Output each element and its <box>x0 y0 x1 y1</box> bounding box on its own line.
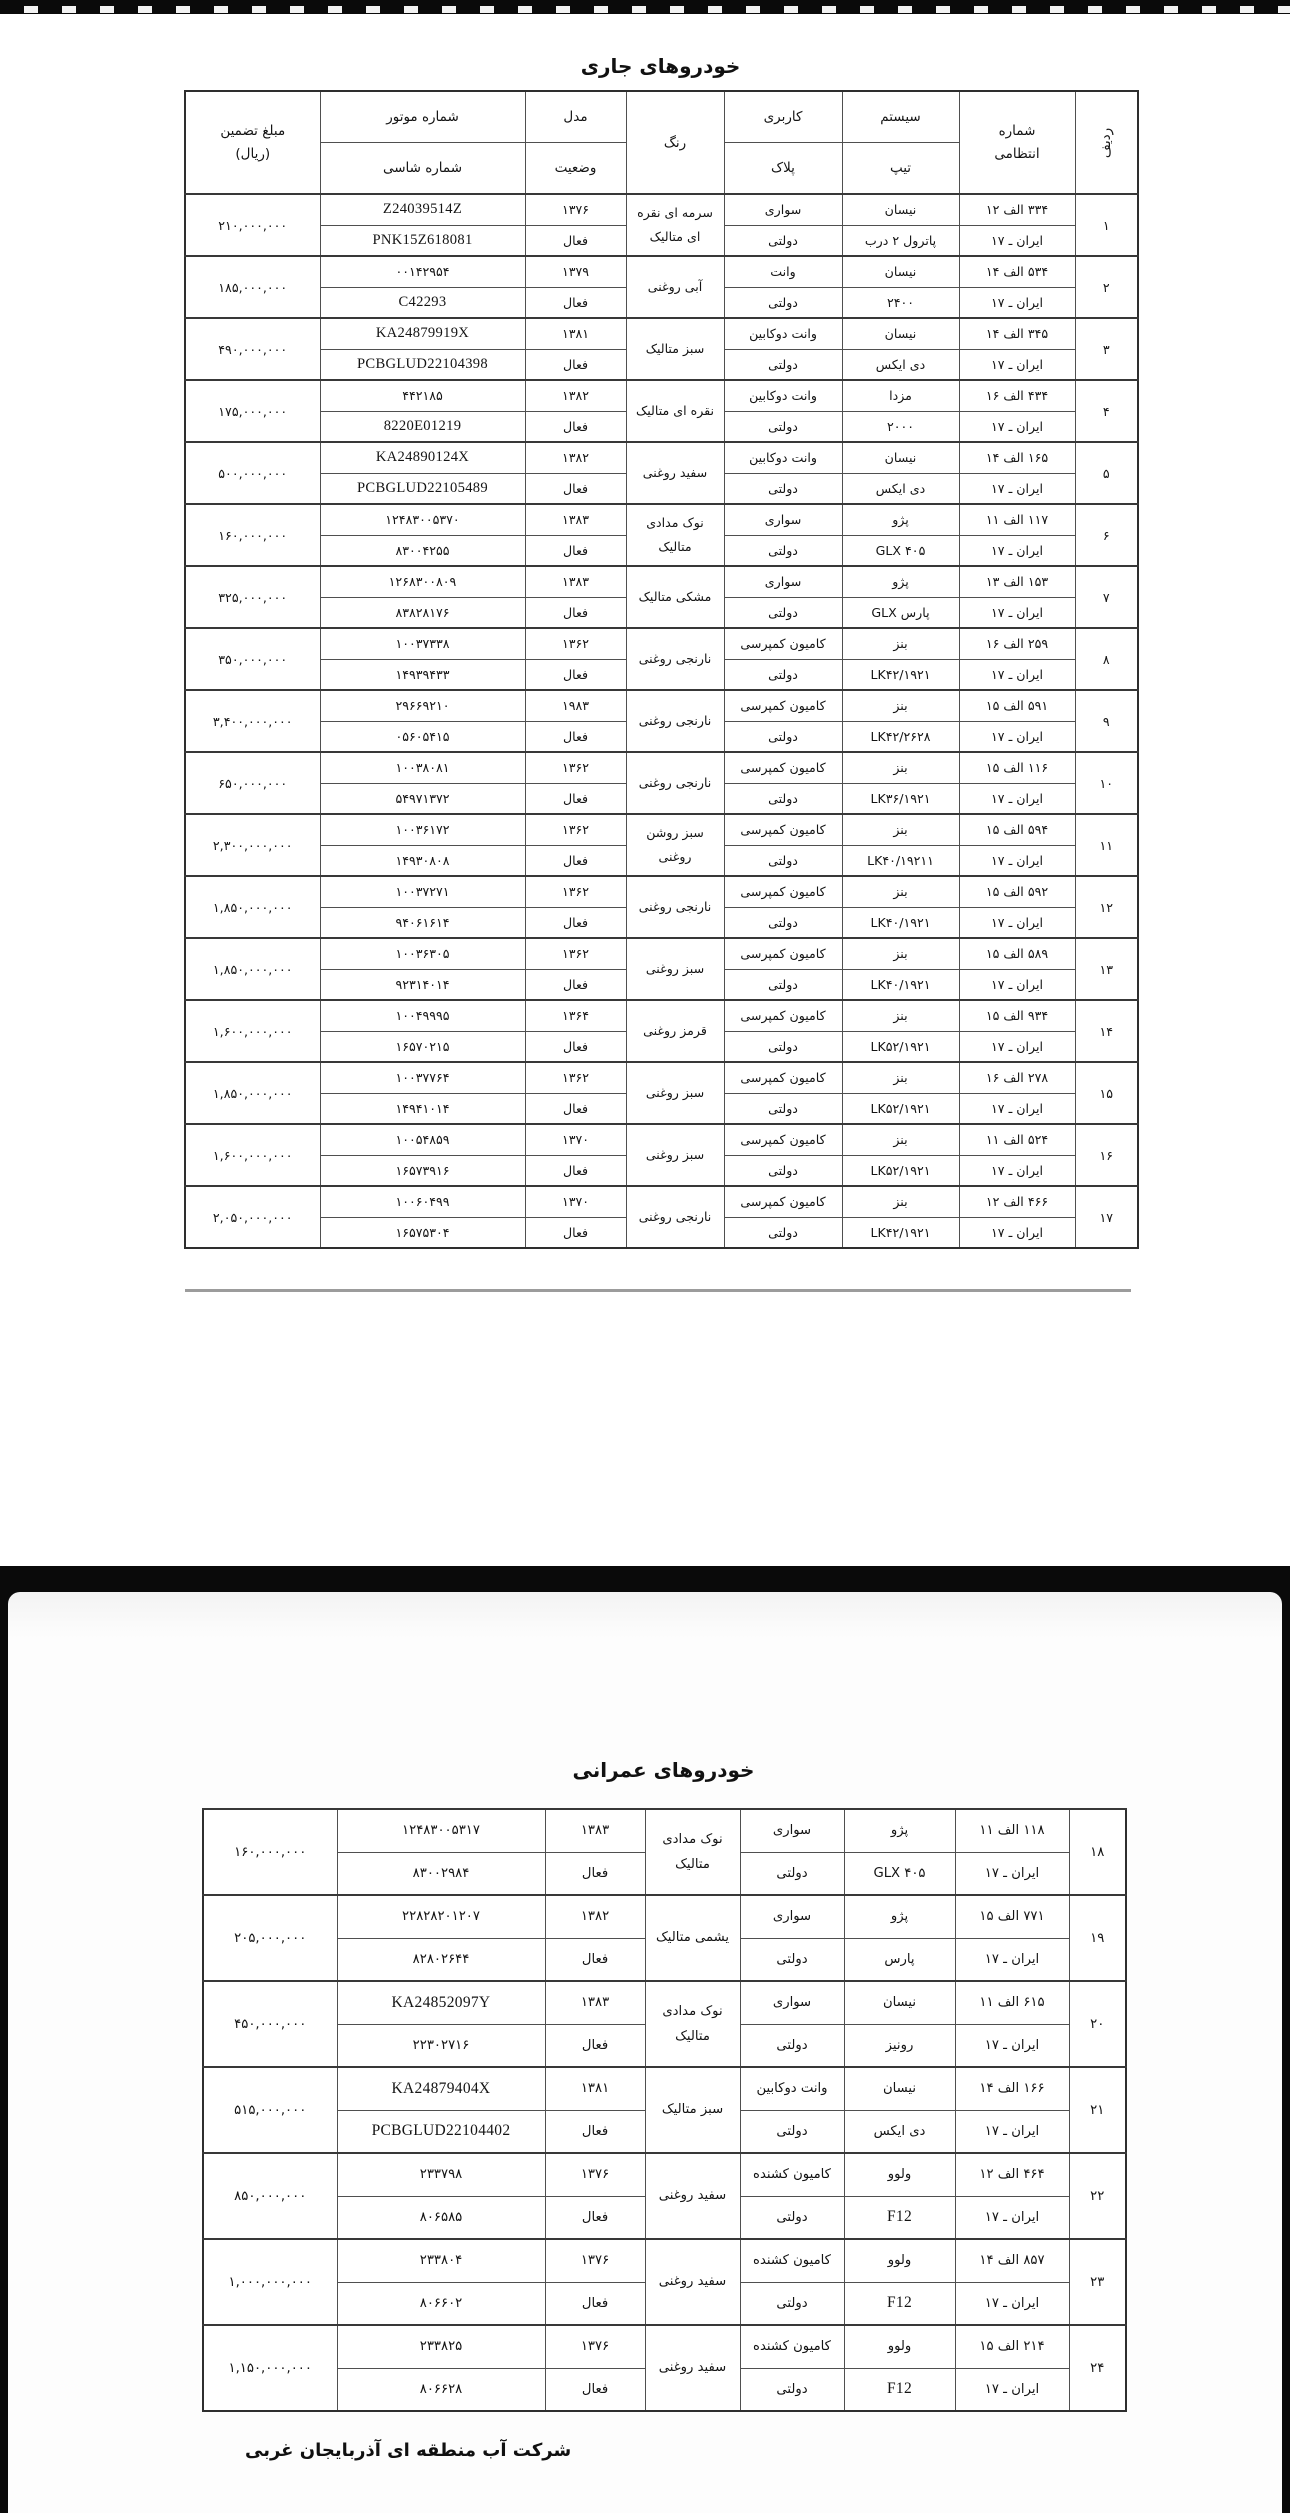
cell-system: بنز <box>842 876 959 907</box>
cell-type: LK۴۰/۱۹۲۱ <box>842 907 959 938</box>
page-title-current-vehicles: خودروهای جاری <box>184 54 1137 78</box>
cell-plate-kind: دولتی <box>724 1155 842 1186</box>
vehicle-row: ۱۵۲۷۸ الف ۱۶بنزکامیون کمپرسیسبز روغنی۱۳۶… <box>185 1062 1138 1093</box>
cell-plate-region: ایران ـ ۱۷ <box>959 969 1075 1000</box>
vehicle-row: ۱۶۵۲۴ الف ۱۱بنزکامیون کمپرسیسبز روغنی۱۳۷… <box>185 1124 1138 1155</box>
vehicle-row: ۲۳۸۵۷ الف ۱۴ولووکامیون کشندهسفید روغنی۱۳… <box>203 2239 1126 2282</box>
cell-status: فعال <box>545 2282 645 2325</box>
cell-guarantee-amount: ۱,۶۰۰,۰۰۰,۰۰۰ <box>185 1124 320 1186</box>
cell-status: فعال <box>525 721 626 752</box>
cell-row-number: ۱۸ <box>1069 1809 1126 1895</box>
header-model: مدل <box>525 91 626 143</box>
cell-chassis-number: ۸۳۸۲۸۱۷۶ <box>320 597 525 628</box>
vehicle-row: ۱۲۵۹۲ الف ۱۵بنزکامیون کمپرسینارنجی روغنی… <box>185 876 1138 907</box>
header-registration-number: شماره انتظامی <box>959 91 1075 194</box>
cell-usage: وانت دوکابین <box>724 318 842 349</box>
cell-usage: کامیون کمپرسی <box>724 628 842 659</box>
cell-engine-number: ۰۰۱۴۲۹۵۴ <box>320 256 525 287</box>
cell-model-year: ۱۳۷۶ <box>545 2239 645 2282</box>
cell-chassis-number: ۹۴۰۶۱۶۱۴ <box>320 907 525 938</box>
cell-engine-number: ۲۳۳۸۲۵ <box>337 2325 545 2368</box>
cell-system: بنز <box>842 938 959 969</box>
cell-usage: سواری <box>724 566 842 597</box>
cell-system: ولوو <box>844 2153 955 2196</box>
cell-color: سفید روغنی <box>645 2325 740 2411</box>
cell-plate-region: ایران ـ ۱۷ <box>959 907 1075 938</box>
cell-model-year: ۱۳۶۲ <box>525 938 626 969</box>
cell-engine-number: ۲۳۳۸۰۴ <box>337 2239 545 2282</box>
cell-engine-number: ۱۲۴۸۳۰۰۵۳۷۰ <box>320 504 525 535</box>
cell-color: نوک مدادی متالیک <box>645 1981 740 2067</box>
cell-system: بنز <box>842 628 959 659</box>
cell-engine-number: ۱۰۰۳۸۰۸۱ <box>320 752 525 783</box>
header-status: وضعیت <box>525 143 626 195</box>
cell-model-year: ۱۳۶۲ <box>525 876 626 907</box>
current-vehicles-rows: ۱۳۳۴ الف ۱۲نیسانسواریسرمه ای نقره ای متا… <box>185 194 1138 1248</box>
cell-row-number: ۱۳ <box>1075 938 1138 1000</box>
cell-guarantee-amount: ۵۰۰,۰۰۰,۰۰۰ <box>185 442 320 504</box>
cell-type: LK۳۶/۱۹۲۱ <box>842 783 959 814</box>
vehicle-row: ۳۳۴۵ الف ۱۴نیسانوانت دوکابینسبز متالیک۱۳… <box>185 318 1138 349</box>
cell-usage: وانت دوکابین <box>740 2067 844 2110</box>
cell-system: نیسان <box>844 2067 955 2110</box>
cell-plate-region: ایران ـ ۱۷ <box>955 1852 1069 1895</box>
cell-model-year: ۱۳۸۳ <box>525 566 626 597</box>
cell-engine-number: ۱۰۰۳۷۲۷۱ <box>320 876 525 907</box>
vehicle-row: ۴۴۳۴ الف ۱۶مزداوانت دوکابیننقره ای متالی… <box>185 380 1138 411</box>
cell-status: فعال <box>525 597 626 628</box>
cell-color: مشکی متالیک <box>626 566 724 628</box>
cell-plate-serial: ۵۸۹ الف ۱۵ <box>959 938 1075 969</box>
cell-chassis-number: ۵۴۹۷۱۳۷۲ <box>320 783 525 814</box>
cell-plate-serial: ۲۷۸ الف ۱۶ <box>959 1062 1075 1093</box>
cell-color: سبز متالیک <box>626 318 724 380</box>
cell-status: فعال <box>545 2368 645 2411</box>
cell-status: فعال <box>545 2110 645 2153</box>
cell-engine-number: ۲۳۳۷۹۸ <box>337 2153 545 2196</box>
cell-type: ۲۰۰۰ <box>842 411 959 442</box>
cell-plate-region: ایران ـ ۱۷ <box>955 2196 1069 2239</box>
cell-plate-kind: دولتی <box>724 473 842 504</box>
cell-chassis-number: ۰۵۶۰۵۴۱۵ <box>320 721 525 752</box>
cell-engine-number: ۱۰۰۳۶۱۷۲ <box>320 814 525 845</box>
vehicle-row: ۱۳۵۸۹ الف ۱۵بنزکامیون کمپرسیسبز روغنی۱۳۶… <box>185 938 1138 969</box>
cell-usage: وانت دوکابین <box>724 380 842 411</box>
cell-engine-number: ۱۲۴۸۳۰۰۵۳۱۷ <box>337 1809 545 1852</box>
cell-chassis-number: ۲۲۳۰۲۷۱۶ <box>337 2024 545 2067</box>
cell-model-year: ۱۳۸۳ <box>525 504 626 535</box>
cell-plate-kind: دولتی <box>740 2282 844 2325</box>
cell-usage: کامیون کشنده <box>740 2239 844 2282</box>
cell-guarantee-amount: ۲,۰۵۰,۰۰۰,۰۰۰ <box>185 1186 320 1248</box>
cell-plate-region: ایران ـ ۱۷ <box>959 473 1075 504</box>
cell-chassis-number: ۸۳۰۰۴۲۵۵ <box>320 535 525 566</box>
cell-guarantee-amount: ۲,۳۰۰,۰۰۰,۰۰۰ <box>185 814 320 876</box>
cell-model-year: ۱۳۸۲ <box>525 442 626 473</box>
document-page-2: خودروهای عمرانی ۱۸۱۱۸ الف ۱۱پژوسوارینوک … <box>8 1592 1282 2513</box>
cell-row-number: ۱۲ <box>1075 876 1138 938</box>
cell-chassis-number: ۸۰۶۶۰۲ <box>337 2282 545 2325</box>
cell-guarantee-amount: ۳۲۵,۰۰۰,۰۰۰ <box>185 566 320 628</box>
cell-plate-kind: دولتی <box>724 287 842 318</box>
cell-engine-number: KA24890124X <box>320 442 525 473</box>
cell-system: پژو <box>842 566 959 597</box>
cell-color: سرمه ای نقره ای متالیک <box>626 194 724 256</box>
cell-plate-serial: ۵۳۴ الف ۱۴ <box>959 256 1075 287</box>
cell-model-year: ۱۳۷۹ <box>525 256 626 287</box>
cell-plate-region: ایران ـ ۱۷ <box>959 1155 1075 1186</box>
cell-system: نیسان <box>844 1981 955 2024</box>
cell-type: ۲۴۰۰ <box>842 287 959 318</box>
cell-chassis-number: ۱۴۹۳۹۴۳۳ <box>320 659 525 690</box>
cell-status: فعال <box>525 907 626 938</box>
cell-plate-kind: دولتی <box>740 1938 844 1981</box>
cell-plate-region: ایران ـ ۱۷ <box>955 2368 1069 2411</box>
cell-type: پاترول ۲ درب <box>842 225 959 256</box>
cell-system: نیسان <box>842 194 959 225</box>
cell-type: دی ایکس <box>842 473 959 504</box>
cell-plate-kind: دولتی <box>724 225 842 256</box>
cell-usage: کامیون کمپرسی <box>724 876 842 907</box>
cell-status: فعال <box>545 1938 645 1981</box>
cell-guarantee-amount: ۵۱۵,۰۰۰,۰۰۰ <box>203 2067 337 2153</box>
cell-model-year: ۱۳۸۳ <box>545 1809 645 1852</box>
cell-status: فعال <box>525 535 626 566</box>
cell-model-year: ۱۳۶۲ <box>525 1062 626 1093</box>
cell-system: بنز <box>842 1000 959 1031</box>
cell-plate-region: ایران ـ ۱۷ <box>959 225 1075 256</box>
cell-status: فعال <box>545 2024 645 2067</box>
cell-guarantee-amount: ۲۱۰,۰۰۰,۰۰۰ <box>185 194 320 256</box>
cell-engine-number: ۱۰۰۳۷۳۳۸ <box>320 628 525 659</box>
cell-system: بنز <box>842 1124 959 1155</box>
cell-usage: وانت <box>724 256 842 287</box>
cell-type: LK۴۰/۱۹۲۱ <box>842 969 959 1000</box>
cell-usage: کامیون کمپرسی <box>724 938 842 969</box>
cell-guarantee-amount: ۴۵۰,۰۰۰,۰۰۰ <box>203 1981 337 2067</box>
vehicle-row: ۲۱۱۶۶ الف ۱۴نیسانوانت دوکابینسبز متالیک۱… <box>203 2067 1126 2110</box>
cell-plate-kind: دولتی <box>724 907 842 938</box>
vehicle-row: ۲۴۲۱۴ الف ۱۵ولووکامیون کشندهسفید روغنی۱۳… <box>203 2325 1126 2368</box>
cell-usage: کامیون کمپرسی <box>724 1000 842 1031</box>
cell-usage: کامیون کمپرسی <box>724 1124 842 1155</box>
cell-chassis-number: ۸۲۸۰۲۶۴۴ <box>337 1938 545 1981</box>
cell-model-year: ۱۳۷۶ <box>545 2153 645 2196</box>
cell-guarantee-amount: ۶۵۰,۰۰۰,۰۰۰ <box>185 752 320 814</box>
cell-plate-region: ایران ـ ۱۷ <box>959 1217 1075 1248</box>
cell-chassis-number: PNK15Z618081 <box>320 225 525 256</box>
page-edge-notches <box>0 6 1290 13</box>
cell-plate-region: ایران ـ ۱۷ <box>959 411 1075 442</box>
cell-plate-serial: ۸۵۷ الف ۱۴ <box>955 2239 1069 2282</box>
cell-usage: سواری <box>740 1981 844 2024</box>
header-system: سیستم <box>842 91 959 143</box>
cell-model-year: ۱۳۷۶ <box>545 2325 645 2368</box>
cell-plate-region: ایران ـ ۱۷ <box>959 783 1075 814</box>
cell-row-number: ۱ <box>1075 194 1138 256</box>
cell-usage: کامیون کمپرسی <box>724 1186 842 1217</box>
cell-engine-number: KA24879404X <box>337 2067 545 2110</box>
cell-guarantee-amount: ۳۵۰,۰۰۰,۰۰۰ <box>185 628 320 690</box>
cell-type: GLX ۴۰۵ <box>842 535 959 566</box>
cell-chassis-number: 8220E01219 <box>320 411 525 442</box>
cell-row-number: ۲۳ <box>1069 2239 1126 2325</box>
cell-type: LK۴۲/۲۶۲۸ <box>842 721 959 752</box>
vehicle-row: ۱۷۴۶۶ الف ۱۲بنزکامیون کمپرسینارنجی روغنی… <box>185 1186 1138 1217</box>
cell-guarantee-amount: ۱,۸۵۰,۰۰۰,۰۰۰ <box>185 876 320 938</box>
cell-plate-serial: ۵۲۴ الف ۱۱ <box>959 1124 1075 1155</box>
cell-row-number: ۲۲ <box>1069 2153 1126 2239</box>
header-chassis-number: شماره شاسی <box>320 143 525 195</box>
cell-model-year: ۱۳۶۴ <box>525 1000 626 1031</box>
header-color: رنگ <box>626 91 724 194</box>
cell-plate-region: ایران ـ ۱۷ <box>959 349 1075 380</box>
cell-status: فعال <box>525 287 626 318</box>
cell-row-number: ۵ <box>1075 442 1138 504</box>
cell-usage: سواری <box>724 504 842 535</box>
cell-color: نارنجی روغنی <box>626 752 724 814</box>
cell-engine-number: ۱۰۰۵۴۸۵۹ <box>320 1124 525 1155</box>
header-guarantee-amount: مبلغ تضمین (ریال) <box>185 91 320 194</box>
cell-plate-region: ایران ـ ۱۷ <box>959 287 1075 318</box>
cell-plate-kind: دولتی <box>724 845 842 876</box>
vehicle-row: ۲۵۳۴ الف ۱۴نیسانوانتآبی روغنی۱۳۷۹۰۰۱۴۲۹۵… <box>185 256 1138 287</box>
construction-vehicles-rows: ۱۸۱۱۸ الف ۱۱پژوسوارینوک مدادی متالیک۱۳۸۳… <box>203 1809 1126 2411</box>
header-row-number: ردیف <box>1075 91 1138 194</box>
cell-status: فعال <box>525 1093 626 1124</box>
cell-row-number: ۱۵ <box>1075 1062 1138 1124</box>
cell-plate-kind: دولتی <box>724 659 842 690</box>
cell-plate-region: ایران ـ ۱۷ <box>955 2282 1069 2325</box>
company-name-footer: شرکت آب منطقه ای آذربایجان غربی <box>245 2440 571 2461</box>
cell-type: دی ایکس <box>842 349 959 380</box>
cell-chassis-number: PCBGLUD22105489 <box>320 473 525 504</box>
cell-guarantee-amount: ۱۷۵,۰۰۰,۰۰۰ <box>185 380 320 442</box>
cell-row-number: ۹ <box>1075 690 1138 752</box>
cell-type: LK۵۲/۱۹۲۱ <box>842 1155 959 1186</box>
cell-plate-kind: دولتی <box>724 783 842 814</box>
cell-plate-kind: دولتی <box>724 597 842 628</box>
cell-system: نیسان <box>842 318 959 349</box>
vehicle-row: ۱۰۱۱۶ الف ۱۵بنزکامیون کمپرسینارنجی روغنی… <box>185 752 1138 783</box>
cell-row-number: ۳ <box>1075 318 1138 380</box>
header-plate-kind: پلاک <box>724 143 842 195</box>
cell-plate-serial: ۲۱۴ الف ۱۵ <box>955 2325 1069 2368</box>
vehicle-row: ۵۱۶۵ الف ۱۴نیسانوانت دوکابینسفید روغنی۱۳… <box>185 442 1138 473</box>
cell-color: سبز روشن روغنی <box>626 814 724 876</box>
cell-system: ولوو <box>844 2325 955 2368</box>
table-header: ردیف شماره انتظامی سیستم کاربری رنگ مدل … <box>185 91 1138 194</box>
cell-plate-kind: دولتی <box>740 1852 844 1895</box>
vehicle-row: ۷۱۵۳ الف ۱۳پژوسواریمشکی متالیک۱۳۸۳۱۲۶۸۳۰… <box>185 566 1138 597</box>
cell-plate-serial: ۱۱۶ الف ۱۵ <box>959 752 1075 783</box>
cell-color: نقره ای متالیک <box>626 380 724 442</box>
cell-plate-serial: ۹۳۴ الف ۱۵ <box>959 1000 1075 1031</box>
cell-plate-kind: دولتی <box>740 2368 844 2411</box>
cell-engine-number: ۲۲۸۲۸۲۰۱۲۰۷ <box>337 1895 545 1938</box>
construction-vehicles-table: ۱۸۱۱۸ الف ۱۱پژوسوارینوک مدادی متالیک۱۳۸۳… <box>202 1808 1127 2412</box>
cell-model-year: ۱۳۷۰ <box>525 1186 626 1217</box>
cell-status: فعال <box>525 411 626 442</box>
cell-plate-region: ایران ـ ۱۷ <box>955 2024 1069 2067</box>
cell-color: سفید روغنی <box>645 2239 740 2325</box>
cell-system: پژو <box>844 1809 955 1852</box>
cell-type: LK۴۰/۱۹۲۱۱ <box>842 845 959 876</box>
cell-chassis-number: ۱۴۹۳۰۸۰۸ <box>320 845 525 876</box>
cell-system: بنز <box>842 752 959 783</box>
cell-plate-serial: ۴۶۴ الف ۱۲ <box>955 2153 1069 2196</box>
cell-type: F12 <box>844 2282 955 2325</box>
cell-color: سبز روغنی <box>626 1062 724 1124</box>
cell-guarantee-amount: ۴۹۰,۰۰۰,۰۰۰ <box>185 318 320 380</box>
cell-row-number: ۱۶ <box>1075 1124 1138 1186</box>
cell-guarantee-amount: ۳,۴۰۰,۰۰۰,۰۰۰ <box>185 690 320 752</box>
cell-plate-kind: دولتی <box>724 1217 842 1248</box>
cell-status: فعال <box>525 225 626 256</box>
cell-plate-serial: ۴۶۶ الف ۱۲ <box>959 1186 1075 1217</box>
cell-status: فعال <box>525 659 626 690</box>
cell-type: دی ایکس <box>844 2110 955 2153</box>
cell-type: F12 <box>844 2196 955 2239</box>
cell-plate-region: ایران ـ ۱۷ <box>955 1938 1069 1981</box>
cell-plate-serial: ۴۳۴ الف ۱۶ <box>959 380 1075 411</box>
cell-type: پارس <box>844 1938 955 1981</box>
cell-chassis-number: ۱۴۹۴۱۰۱۴ <box>320 1093 525 1124</box>
cell-type: LK۵۲/۱۹۲۱ <box>842 1093 959 1124</box>
cell-type: GLX ۴۰۵ <box>844 1852 955 1895</box>
cell-guarantee-amount: ۱,۸۵۰,۰۰۰,۰۰۰ <box>185 938 320 1000</box>
cell-type: رونیز <box>844 2024 955 2067</box>
cell-row-number: ۱۰ <box>1075 752 1138 814</box>
cell-plate-serial: ۵۹۱ الف ۱۵ <box>959 690 1075 721</box>
cell-color: سبز روغنی <box>626 938 724 1000</box>
cell-plate-region: ایران ـ ۱۷ <box>959 597 1075 628</box>
cell-plate-serial: ۱۱۸ الف ۱۱ <box>955 1809 1069 1852</box>
cell-guarantee-amount: ۱۸۵,۰۰۰,۰۰۰ <box>185 256 320 318</box>
vehicle-row: ۱۹۷۷۱ الف ۱۵پژوسوارییشمی متالیک۱۳۸۲۲۲۸۲۸… <box>203 1895 1126 1938</box>
cell-model-year: ۱۳۷۶ <box>525 194 626 225</box>
cell-row-number: ۶ <box>1075 504 1138 566</box>
cell-guarantee-amount: ۱,۶۰۰,۰۰۰,۰۰۰ <box>185 1000 320 1062</box>
cell-color: یشمی متالیک <box>645 1895 740 1981</box>
cell-usage: سواری <box>724 194 842 225</box>
vehicle-row: ۶۱۱۷ الف ۱۱پژوسوارینوک مدادی متالیک۱۳۸۳۱… <box>185 504 1138 535</box>
cell-color: نارنجی روغنی <box>626 628 724 690</box>
cell-plate-serial: ۱۶۵ الف ۱۴ <box>959 442 1075 473</box>
cell-usage: کامیون کمپرسی <box>724 1062 842 1093</box>
cell-plate-kind: دولتی <box>724 535 842 566</box>
cell-row-number: ۱۹ <box>1069 1895 1126 1981</box>
cell-usage: کامیون کمپرسی <box>724 690 842 721</box>
cell-status: فعال <box>545 1852 645 1895</box>
cell-guarantee-amount: ۲۰۵,۰۰۰,۰۰۰ <box>203 1895 337 1981</box>
vehicle-row: ۸۲۵۹ الف ۱۶بنزکامیون کمپرسینارنجی روغنی۱… <box>185 628 1138 659</box>
cell-color: سبز متالیک <box>645 2067 740 2153</box>
cell-plate-serial: ۱۶۶ الف ۱۴ <box>955 2067 1069 2110</box>
cell-status: فعال <box>525 1155 626 1186</box>
cell-row-number: ۱۷ <box>1075 1186 1138 1248</box>
cell-system: نیسان <box>842 256 959 287</box>
cell-status: فعال <box>525 1031 626 1062</box>
cell-row-number: ۱۴ <box>1075 1000 1138 1062</box>
cell-plate-kind: دولتی <box>724 349 842 380</box>
cell-system: پژو <box>844 1895 955 1938</box>
cell-status: فعال <box>525 783 626 814</box>
cell-row-number: ۸ <box>1075 628 1138 690</box>
cell-system: نیسان <box>842 442 959 473</box>
cell-plate-serial: ۵۹۴ الف ۱۵ <box>959 814 1075 845</box>
cell-chassis-number: ۸۳۰۰۲۹۸۴ <box>337 1852 545 1895</box>
cell-plate-region: ایران ـ ۱۷ <box>955 2110 1069 2153</box>
cell-system: بنز <box>842 690 959 721</box>
cell-plate-serial: ۲۵۹ الف ۱۶ <box>959 628 1075 659</box>
cell-row-number: ۲ <box>1075 256 1138 318</box>
cell-model-year: ۱۳۶۲ <box>525 628 626 659</box>
cell-system: مزدا <box>842 380 959 411</box>
cell-plate-kind: دولتی <box>724 1093 842 1124</box>
cell-status: فعال <box>525 473 626 504</box>
vehicle-row: ۱۳۳۴ الف ۱۲نیسانسواریسرمه ای نقره ای متا… <box>185 194 1138 225</box>
horizontal-divider <box>185 1289 1131 1292</box>
cell-color: نارنجی روغنی <box>626 1186 724 1248</box>
cell-status: فعال <box>545 2196 645 2239</box>
cell-model-year: ۱۳۸۳ <box>545 1981 645 2024</box>
cell-model-year: ۱۳۸۲ <box>545 1895 645 1938</box>
cell-color: سفید روغنی <box>645 2153 740 2239</box>
cell-guarantee-amount: ۱۶۰,۰۰۰,۰۰۰ <box>185 504 320 566</box>
cell-plate-region: ایران ـ ۱۷ <box>959 535 1075 566</box>
cell-usage: کامیون کمپرسی <box>724 752 842 783</box>
cell-plate-region: ایران ـ ۱۷ <box>959 1031 1075 1062</box>
cell-chassis-number: ۱۶۵۷۵۳۰۴ <box>320 1217 525 1248</box>
document-page-1: خودروهای جاری ردیف شماره انتظامی سیستم ک… <box>0 14 1290 1566</box>
cell-plate-kind: دولتی <box>740 2024 844 2067</box>
header-usage: کاربری <box>724 91 842 143</box>
cell-plate-kind: دولتی <box>724 969 842 1000</box>
cell-type: LK۴۲/۱۹۲۱ <box>842 1217 959 1248</box>
cell-model-year: ۱۳۷۰ <box>525 1124 626 1155</box>
cell-plate-region: ایران ـ ۱۷ <box>959 721 1075 752</box>
cell-model-year: ۱۳۶۲ <box>525 752 626 783</box>
cell-chassis-number: ۸۰۶۵۸۵ <box>337 2196 545 2239</box>
cell-status: فعال <box>525 349 626 380</box>
cell-row-number: ۴ <box>1075 380 1138 442</box>
cell-plate-serial: ۱۱۷ الف ۱۱ <box>959 504 1075 535</box>
cell-plate-region: ایران ـ ۱۷ <box>959 659 1075 690</box>
cell-chassis-number: PCBGLUD22104398 <box>320 349 525 380</box>
cell-engine-number: ۴۴۲۱۸۵ <box>320 380 525 411</box>
cell-status: فعال <box>525 969 626 1000</box>
scanned-document: { "page1": { "title": "خودروهای جاری", "… <box>0 0 1290 2513</box>
cell-system: بنز <box>842 1062 959 1093</box>
header-type: تیپ <box>842 143 959 195</box>
cell-system: بنز <box>842 1186 959 1217</box>
cell-color: سبز روغنی <box>626 1124 724 1186</box>
vehicle-row: ۱۱۵۹۴ الف ۱۵بنزکامیون کمپرسیسبز روشن روغ… <box>185 814 1138 845</box>
cell-type: LK۵۲/۱۹۲۱ <box>842 1031 959 1062</box>
header-engine-number: شماره موتور <box>320 91 525 143</box>
cell-engine-number: KA24879919X <box>320 318 525 349</box>
cell-color: نارنجی روغنی <box>626 690 724 752</box>
vehicle-row: ۱۸۱۱۸ الف ۱۱پژوسوارینوک مدادی متالیک۱۳۸۳… <box>203 1809 1126 1852</box>
cell-plate-serial: ۳۴۵ الف ۱۴ <box>959 318 1075 349</box>
cell-chassis-number: C42293 <box>320 287 525 318</box>
cell-usage: سواری <box>740 1895 844 1938</box>
cell-plate-kind: دولتی <box>740 2196 844 2239</box>
cell-plate-serial: ۷۷۱ الف ۱۵ <box>955 1895 1069 1938</box>
cell-usage: سواری <box>740 1809 844 1852</box>
cell-engine-number: KA24852097Y <box>337 1981 545 2024</box>
